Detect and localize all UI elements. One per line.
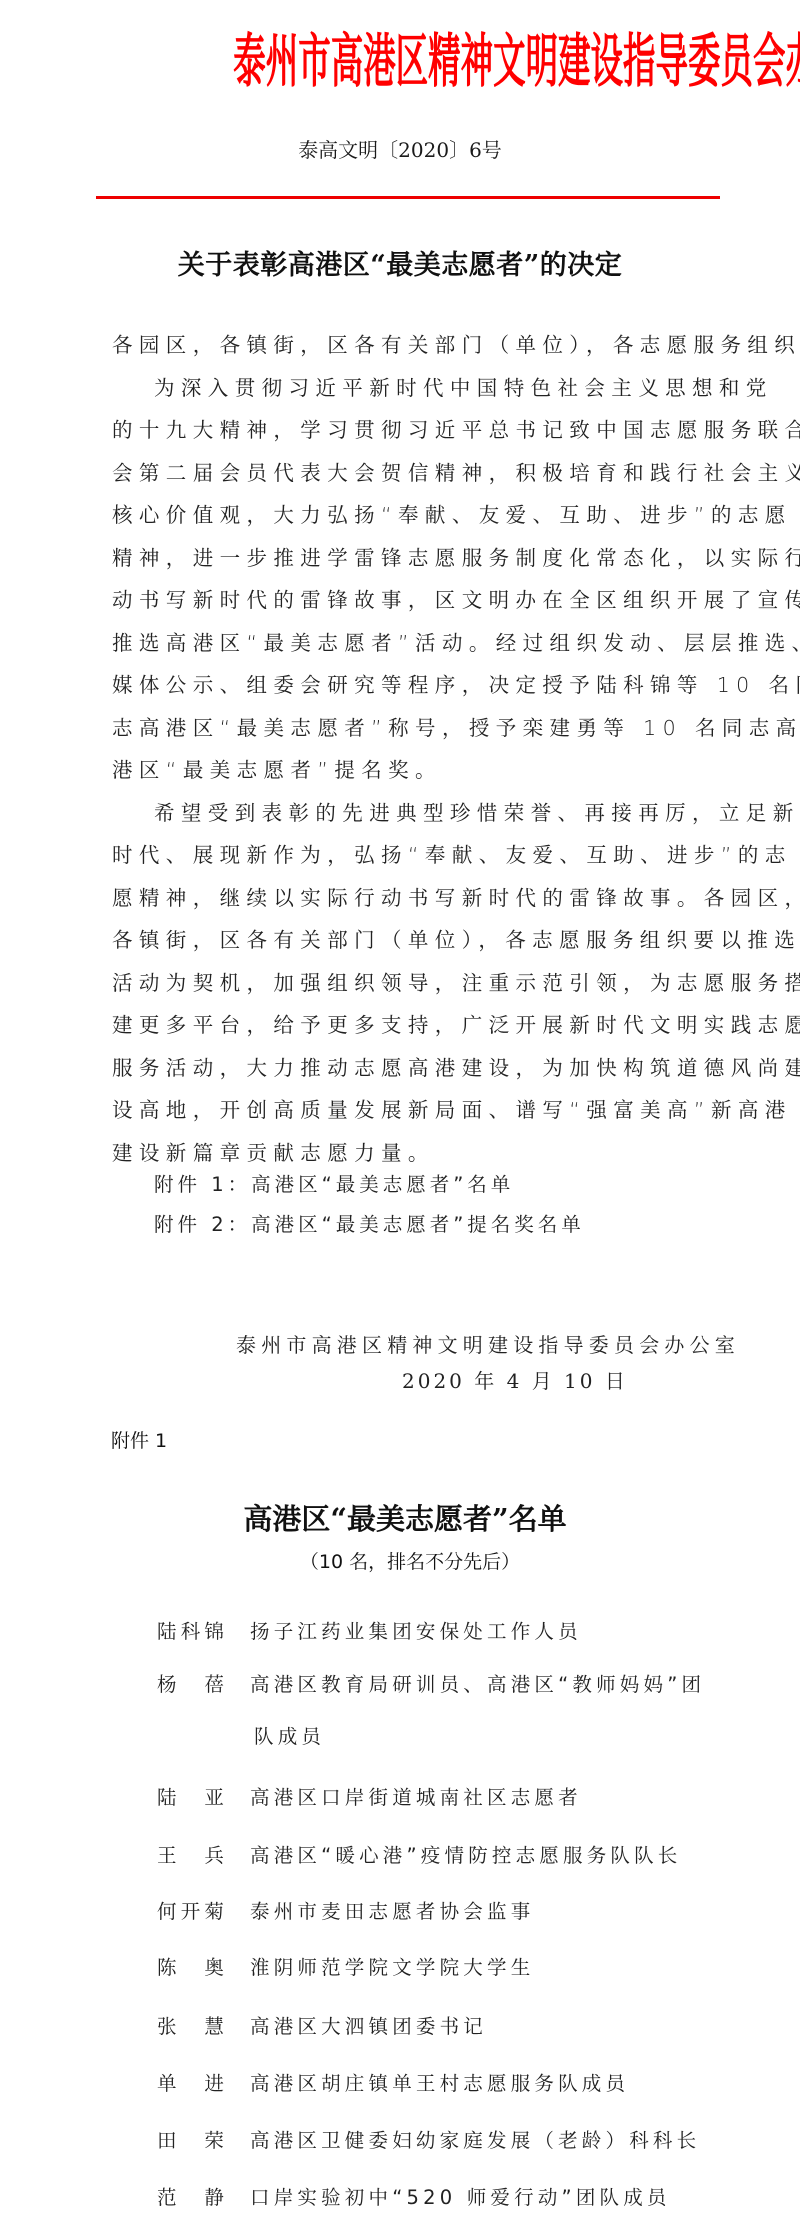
- paragraph-2-line: 活动为契机，加强组织领导，注重示范引领，为志愿服务搭: [112, 962, 692, 1005]
- roster-desc: 高港区口岸街道城南社区志愿者: [250, 1784, 582, 1812]
- paragraph-2-line: 设高地，开创高质量发展新局面、谱写“强富美高”新高港: [112, 1089, 692, 1132]
- roster-row: 何开菊泰州市麦田志愿者协会监事: [157, 1898, 534, 1926]
- roster-desc-continuation: 队成员: [157, 1723, 705, 1751]
- document-title: 关于表彰高港区“最美志愿者”的决定: [0, 248, 800, 284]
- roster-desc: 口岸实验初中“520 师爱行动”团队成员: [250, 2184, 671, 2212]
- roster-name: 田 荣: [157, 2127, 250, 2155]
- paragraph-1-line: 会第二届会员代表大会贺信精神，积极培育和践行社会主义: [112, 452, 692, 495]
- annex-subtitle: （10 名，排名不分先后）: [0, 1548, 800, 1576]
- roster-row: 张 慧高港区大泗镇团委书记: [157, 2013, 487, 2041]
- attachment-2: 附件 2：高港区“最美志愿者”提名奖名单: [154, 1205, 585, 1245]
- salutation: 各园区，各镇街，区各有关部门（单位），各志愿服务组织：: [112, 324, 692, 367]
- roster-desc: 高港区教育局研训员、高港区“教师妈妈”团: [250, 1671, 705, 1699]
- roster-desc: 高港区“暖心港”疫情防控志愿服务队队长: [250, 1842, 682, 1870]
- paragraph-1-line: 媒体公示、组委会研究等程序，决定授予陆科锦等 10 名同: [112, 664, 692, 707]
- paragraph-1-line: 精神，进一步推进学雷锋志愿服务制度化常态化，以实际行: [112, 537, 692, 580]
- roster-desc: 扬子江药业集团安保处工作人员: [250, 1618, 582, 1646]
- document-body: 各园区，各镇街，区各有关部门（单位），各志愿服务组织： 为深入贯彻习近平新时代中…: [112, 324, 692, 1174]
- annex-label: 附件 1: [111, 1428, 167, 1454]
- paragraph-1-line: 核心价值观，大力弘扬“奉献、友爱、互助、进步”的志愿: [112, 494, 692, 537]
- paragraph-2-line: 建更多平台，给予更多支持，广泛开展新时代文明实践志愿: [112, 1004, 692, 1047]
- issuer-title: 泰州市高港区精神文明建设指导委员会办公室: [233, 24, 582, 98]
- letterhead: 泰州市高港区精神文明建设指导委员会办公室: [0, 0, 800, 110]
- paragraph-1-line: 港区“最美志愿者”提名奖。: [112, 749, 692, 792]
- paragraph-1-line: 为深入贯彻习近平新时代中国特色社会主义思想和党: [112, 367, 692, 410]
- roster-name: 张 慧: [157, 2013, 250, 2041]
- roster-desc: 泰州市麦田志愿者协会监事: [250, 1898, 534, 1926]
- issue-date: 2020 年 4 月 10 日: [402, 1366, 628, 1396]
- roster-name: 陈 奥: [157, 1954, 250, 1982]
- document-number: 泰高文明〔2020〕6号: [0, 136, 800, 164]
- paragraph-2-line: 时代、展现新作为，弘扬“奉献、友爱、互助、进步”的志: [112, 834, 692, 877]
- roster-name: 王 兵: [157, 1842, 250, 1870]
- roster-row: 陆科锦扬子江药业集团安保处工作人员: [157, 1618, 582, 1646]
- paragraph-2-line: 希望受到表彰的先进典型珍惜荣誉、再接再厉，立足新: [112, 792, 692, 835]
- roster-row: 杨 蓓高港区教育局研训员、高港区“教师妈妈”团 队成员: [157, 1671, 705, 1751]
- paragraph-1-line: 的十九大精神，学习贯彻习近平总书记致中国志愿服务联合: [112, 409, 692, 452]
- roster-name: 陆科锦: [157, 1618, 250, 1646]
- paragraph-2-line: 各镇街，区各有关部门（单位），各志愿服务组织要以推选: [112, 919, 692, 962]
- roster-desc: 高港区胡庄镇单王村志愿服务队成员: [250, 2070, 629, 2098]
- roster-name: 杨 蓓: [157, 1671, 250, 1699]
- roster-row: 陆 亚高港区口岸街道城南社区志愿者: [157, 1784, 582, 1812]
- roster-desc: 淮阴师范学院文学院大学生: [250, 1954, 534, 1982]
- attachment-1: 附件 1：高港区“最美志愿者”名单: [154, 1165, 514, 1205]
- roster-row: 陈 奥淮阴师范学院文学院大学生: [157, 1954, 534, 1982]
- roster-row: 王 兵高港区“暖心港”疫情防控志愿服务队队长: [157, 1842, 682, 1870]
- red-divider: [96, 196, 720, 199]
- paragraph-2-line: 愿精神，继续以实际行动书写新时代的雷锋故事。各园区，: [112, 877, 692, 920]
- roster-name: 何开菊: [157, 1898, 250, 1926]
- annex-title: 高港区“最美志愿者”名单: [0, 1500, 800, 1538]
- roster-name: 陆 亚: [157, 1784, 250, 1812]
- roster-row: 单 进高港区胡庄镇单王村志愿服务队成员: [157, 2070, 629, 2098]
- paragraph-2-line: 服务活动，大力推动志愿高港建设，为加快构筑道德风尚建: [112, 1047, 692, 1090]
- roster-desc: 高港区大泗镇团委书记: [250, 2013, 487, 2041]
- paragraph-1-line: 动书写新时代的雷锋故事，区文明办在全区组织开展了宣传: [112, 579, 692, 622]
- roster-name: 范 静: [157, 2184, 250, 2212]
- roster-row: 田 荣高港区卫健委妇幼家庭发展（老龄）科科长: [157, 2127, 700, 2155]
- signature: 泰州市高港区精神文明建设指导委员会办公室: [236, 1330, 740, 1360]
- paragraph-1-line: 志高港区“最美志愿者”称号，授予栾建勇等 10 名同志高: [112, 707, 692, 750]
- roster-row: 范 静 口岸实验初中“520 师爱行动”团队成员: [157, 2184, 671, 2212]
- paragraph-1-line: 推选高港区“最美志愿者”活动。经过组织发动、层层推选、: [112, 622, 692, 665]
- roster-desc: 高港区卫健委妇幼家庭发展（老龄）科科长: [250, 2127, 700, 2155]
- roster-name: 单 进: [157, 2070, 250, 2098]
